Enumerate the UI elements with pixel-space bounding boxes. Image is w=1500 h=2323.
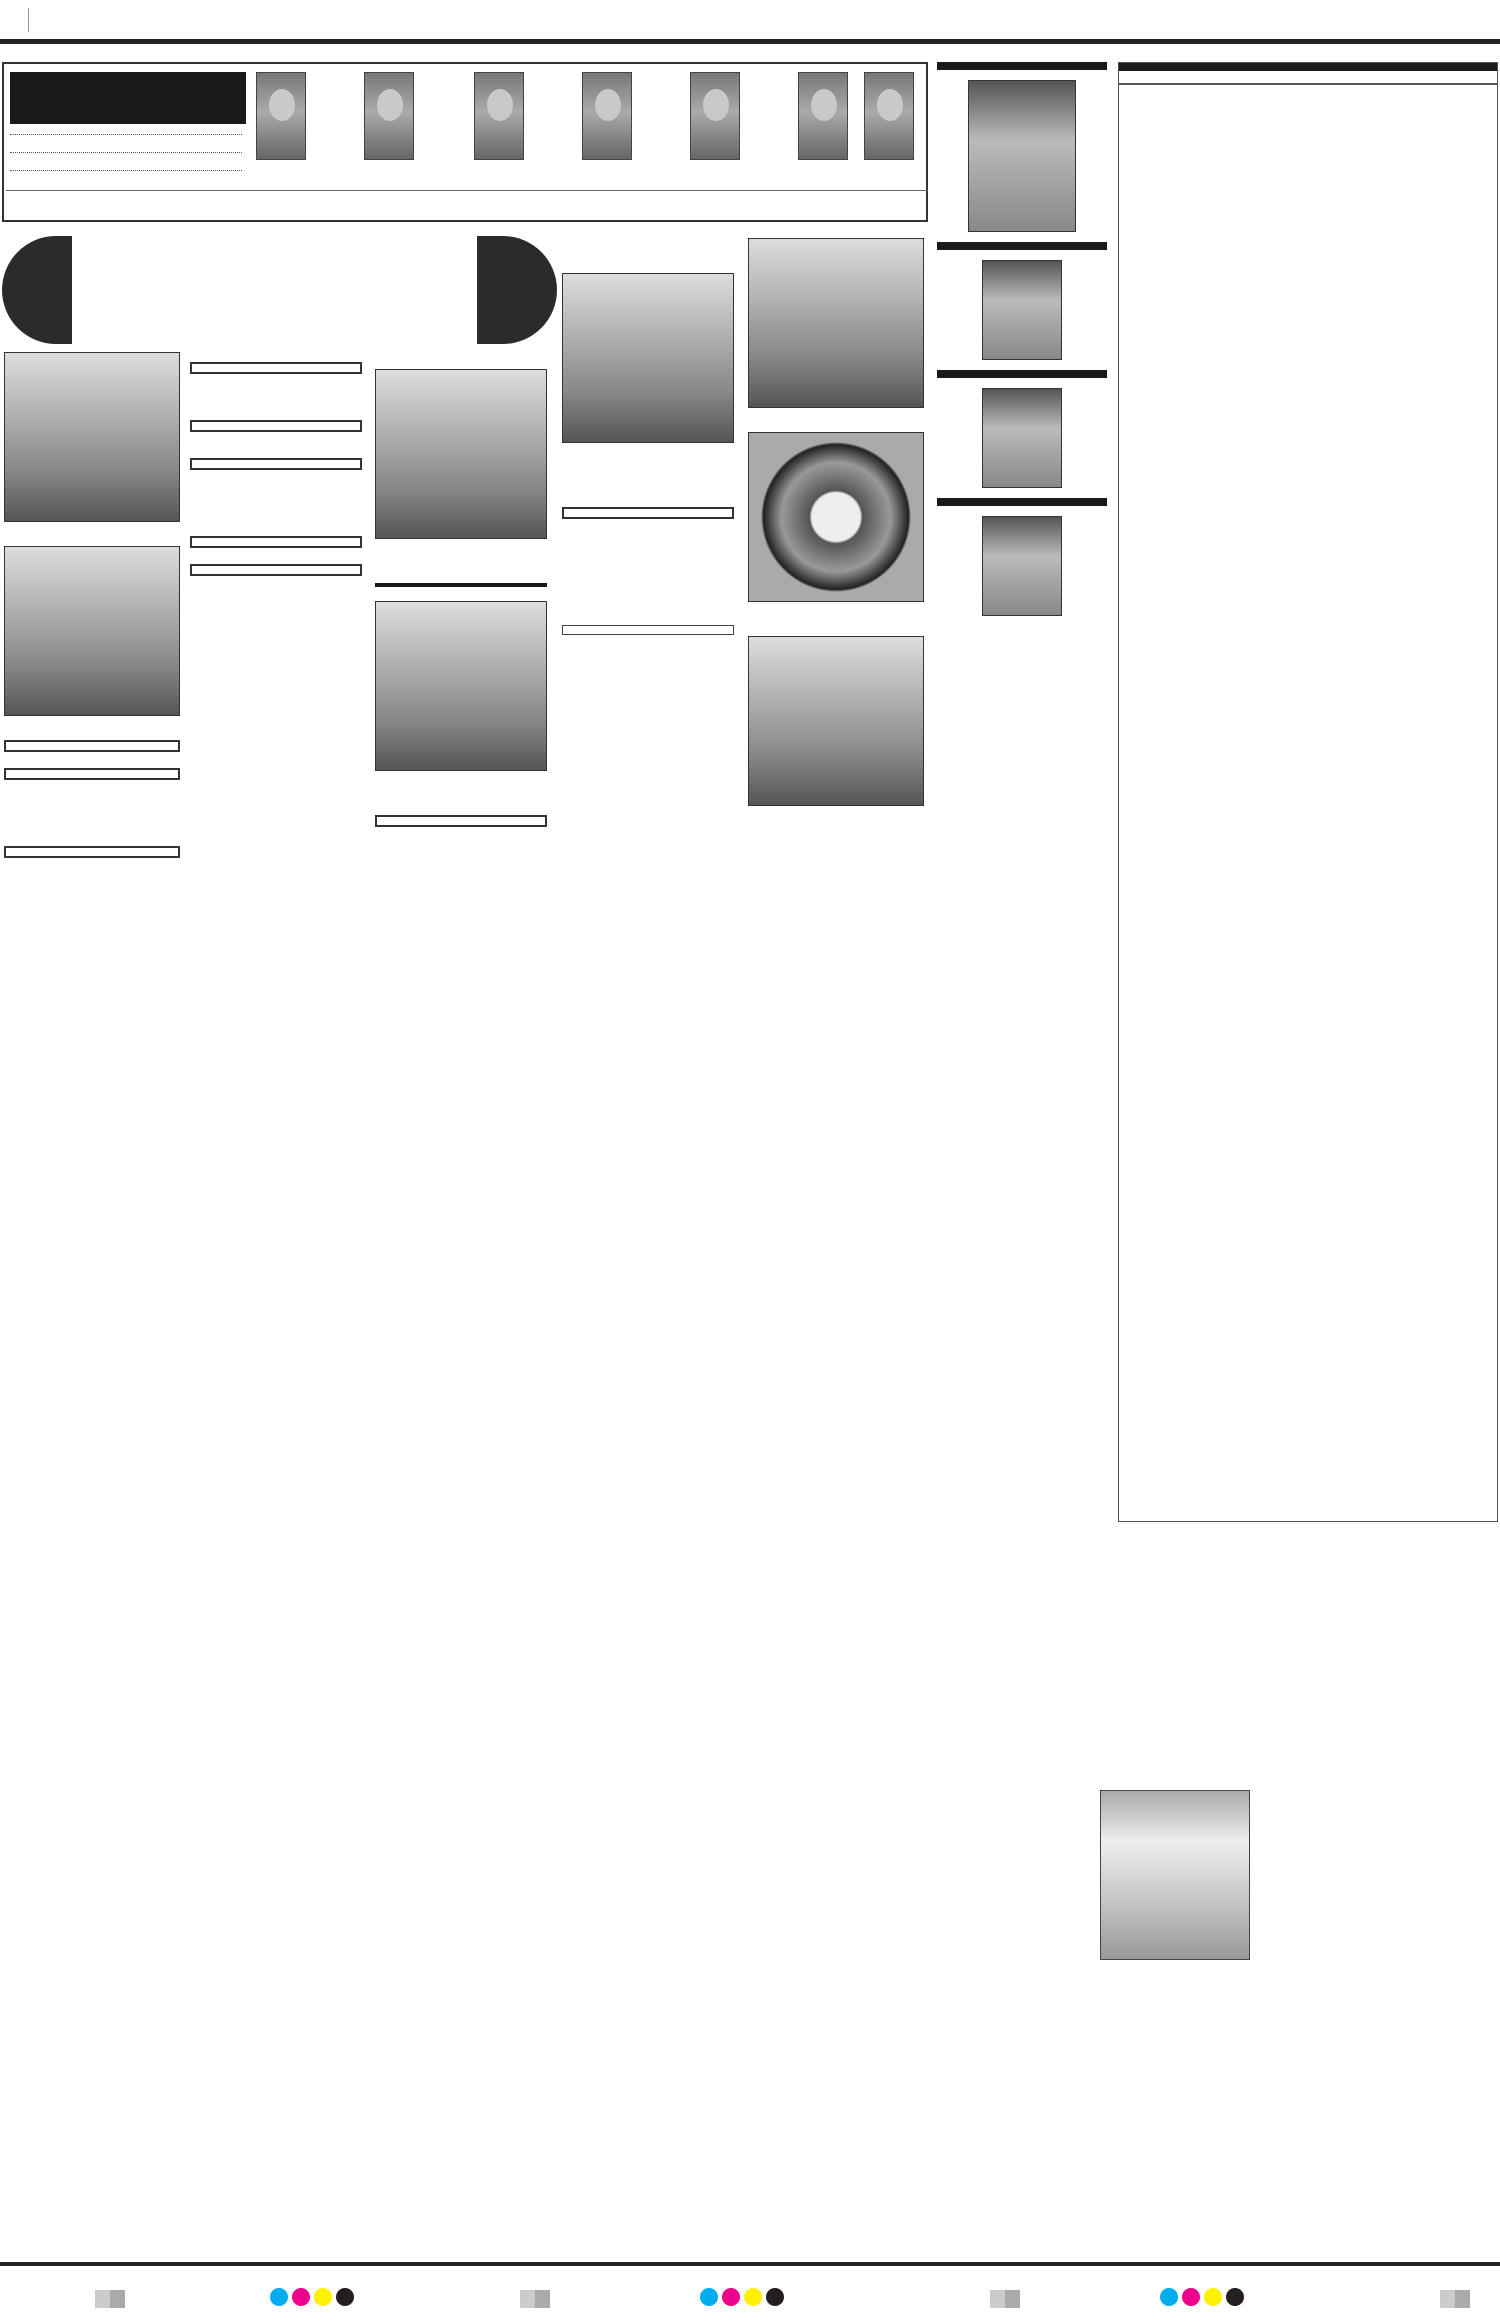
classified-ad bbox=[190, 526, 362, 530]
birthday-banner bbox=[2, 62, 928, 222]
classified-ad bbox=[4, 730, 180, 734]
classified-ad bbox=[4, 526, 180, 530]
column-automobile-realestate bbox=[4, 352, 180, 894]
black-dot bbox=[1226, 2288, 1244, 2306]
kid-card bbox=[256, 72, 306, 164]
birthday-2-photo bbox=[982, 388, 1062, 488]
kid-photo bbox=[798, 72, 848, 160]
kid-photo bbox=[864, 72, 914, 160]
column-business-astrology bbox=[748, 238, 924, 822]
classified-ad bbox=[562, 615, 734, 619]
classified-ad bbox=[562, 253, 734, 257]
classified-ad bbox=[562, 555, 734, 559]
classified-ad bbox=[190, 592, 362, 596]
classified-ad bbox=[4, 846, 180, 858]
classified-ad bbox=[562, 447, 734, 451]
classified-ad bbox=[748, 412, 924, 416]
classified-ad bbox=[748, 626, 924, 630]
classified-ad bbox=[562, 497, 734, 501]
classified-ad bbox=[190, 486, 362, 490]
classified-ad bbox=[190, 390, 362, 394]
classified-ad bbox=[562, 487, 734, 491]
kid-card bbox=[364, 72, 414, 164]
classified-ad bbox=[190, 554, 362, 558]
header-divider bbox=[28, 8, 29, 32]
classified-ad bbox=[562, 263, 734, 267]
kid-photo bbox=[256, 72, 306, 160]
classified-logo bbox=[2, 236, 557, 344]
loan-image bbox=[748, 636, 924, 806]
classified-ad bbox=[4, 768, 180, 780]
tolet-image bbox=[375, 601, 547, 771]
classified-ad bbox=[190, 458, 362, 470]
classified-ad bbox=[562, 477, 734, 481]
cmyk-registration-dots bbox=[700, 2288, 784, 2306]
classified-ad bbox=[562, 233, 734, 237]
achievement-heading bbox=[937, 62, 1107, 70]
column-realestate-2 bbox=[190, 352, 362, 602]
general-heading bbox=[375, 583, 547, 587]
classified-ad bbox=[4, 758, 180, 762]
dob-field bbox=[10, 170, 242, 171]
classified-ad bbox=[375, 563, 547, 567]
kid-photo bbox=[474, 72, 524, 160]
birthday-2-heading bbox=[937, 370, 1107, 378]
astrology-image bbox=[748, 432, 924, 602]
name-field bbox=[10, 134, 242, 135]
classified-ad bbox=[375, 795, 547, 799]
classified-ad bbox=[562, 525, 734, 529]
classified-ad bbox=[190, 506, 362, 510]
column-rent-healthcare bbox=[562, 233, 734, 635]
magenta-dot bbox=[292, 2288, 310, 2306]
classified-ad bbox=[190, 448, 362, 452]
black-dot bbox=[766, 2288, 784, 2306]
classified-ad bbox=[375, 349, 547, 353]
birthday-3-heading bbox=[937, 498, 1107, 506]
yellow-dot bbox=[1204, 2288, 1222, 2306]
classified-ad bbox=[562, 575, 734, 579]
classified-ad bbox=[190, 410, 362, 414]
yellow-dot bbox=[314, 2288, 332, 2306]
kid-photo bbox=[690, 72, 740, 160]
classified-ad bbox=[375, 543, 547, 547]
classified-ad bbox=[4, 884, 180, 888]
classified-ad bbox=[4, 536, 180, 540]
birthday-terms bbox=[6, 190, 928, 203]
logo-d-shape bbox=[477, 236, 557, 344]
classified-ad bbox=[4, 806, 180, 810]
classified-ad bbox=[375, 591, 547, 595]
classified-ad bbox=[748, 810, 924, 814]
cyan-dot bbox=[700, 2288, 718, 2306]
classified-ad bbox=[562, 585, 734, 589]
classified-ad bbox=[4, 720, 180, 724]
cmyk-registration-dots bbox=[1160, 2288, 1244, 2306]
magenta-dot bbox=[722, 2288, 740, 2306]
classified-ad bbox=[190, 420, 362, 432]
classified-ad bbox=[190, 380, 362, 384]
classified-ad bbox=[190, 476, 362, 480]
classified-ad bbox=[375, 805, 547, 809]
panchanga bbox=[1119, 84, 1497, 97]
classified-ad bbox=[562, 605, 734, 609]
column-achievement-birthdays bbox=[937, 62, 1107, 626]
business-image bbox=[748, 238, 924, 408]
classified-ad bbox=[375, 775, 547, 779]
classified-ad bbox=[562, 243, 734, 247]
classified-ad bbox=[375, 853, 547, 857]
classified-ad bbox=[190, 516, 362, 520]
realestate-image bbox=[4, 546, 180, 716]
gray-registration-mark bbox=[520, 2290, 550, 2308]
magenta-dot bbox=[1182, 2288, 1200, 2306]
construction-image bbox=[375, 369, 547, 539]
gray-registration-mark bbox=[95, 2290, 125, 2308]
page-header bbox=[0, 0, 1500, 44]
black-dot bbox=[336, 2288, 354, 2306]
classified-ad bbox=[190, 400, 362, 404]
horoscope-box bbox=[1118, 62, 1498, 1522]
automobile-image bbox=[4, 352, 180, 522]
classified-ad bbox=[375, 553, 547, 557]
cmyk-registration-dots bbox=[270, 2288, 354, 2306]
footer-rule bbox=[0, 2262, 1500, 2266]
classified-ad bbox=[190, 582, 362, 586]
classified-ad bbox=[375, 833, 547, 837]
classified-ad bbox=[375, 359, 547, 363]
reader-notice bbox=[562, 625, 734, 635]
classified-ad bbox=[375, 815, 547, 827]
gray-registration-mark bbox=[990, 2290, 1020, 2308]
classified-ad bbox=[190, 352, 362, 356]
classified-ad bbox=[190, 564, 362, 576]
classified-ad bbox=[748, 606, 924, 610]
age-field bbox=[10, 152, 242, 153]
kid-photo bbox=[582, 72, 632, 160]
classified-ad bbox=[4, 740, 180, 752]
astrologer-info bbox=[1119, 71, 1497, 84]
classified-ad bbox=[748, 616, 924, 620]
classified-ad bbox=[375, 573, 547, 577]
classified-ad bbox=[190, 362, 362, 374]
classified-ad bbox=[4, 874, 180, 878]
cyan-dot bbox=[1160, 2288, 1178, 2306]
birthday-1-photo bbox=[982, 260, 1062, 360]
classified-ad bbox=[4, 826, 180, 830]
classified-ad bbox=[375, 843, 547, 847]
classified-ad bbox=[190, 536, 362, 548]
classified-ad bbox=[562, 507, 734, 519]
birthday-3-photo bbox=[982, 516, 1062, 616]
kid-card bbox=[474, 72, 524, 164]
classified-ad bbox=[562, 467, 734, 471]
cyan-dot bbox=[270, 2288, 288, 2306]
kid-card bbox=[690, 72, 740, 164]
classified-ad bbox=[375, 785, 547, 789]
kid-card bbox=[798, 72, 848, 164]
column-purchase-construction bbox=[375, 345, 547, 863]
kid-card bbox=[582, 72, 632, 164]
classified-ad bbox=[562, 565, 734, 569]
kid-card bbox=[864, 72, 914, 164]
achievement-photo bbox=[968, 80, 1076, 232]
classified-ad bbox=[4, 786, 180, 790]
birthday-1-heading bbox=[937, 242, 1107, 250]
yellow-dot bbox=[744, 2288, 762, 2306]
classified-ad bbox=[4, 796, 180, 800]
gray-registration-mark bbox=[1440, 2290, 1470, 2308]
classified-ad bbox=[4, 836, 180, 840]
horoscope-title bbox=[1119, 63, 1497, 71]
classified-ad bbox=[4, 816, 180, 820]
kid-photo bbox=[364, 72, 414, 160]
logo-c-shape bbox=[2, 236, 72, 344]
krishnababu-photo bbox=[1100, 1790, 1250, 1960]
healthcare-image bbox=[562, 273, 734, 443]
classified-ad bbox=[562, 535, 734, 539]
classified-ad bbox=[4, 864, 180, 868]
classified-ad bbox=[562, 457, 734, 461]
maoist-news bbox=[1300, 1640, 1498, 1648]
classified-ad bbox=[190, 496, 362, 500]
classified-ad bbox=[190, 438, 362, 442]
classified-ad bbox=[748, 422, 924, 426]
birthday-banner-title bbox=[10, 72, 246, 124]
classified-ad bbox=[562, 595, 734, 599]
classified-ad bbox=[562, 545, 734, 549]
